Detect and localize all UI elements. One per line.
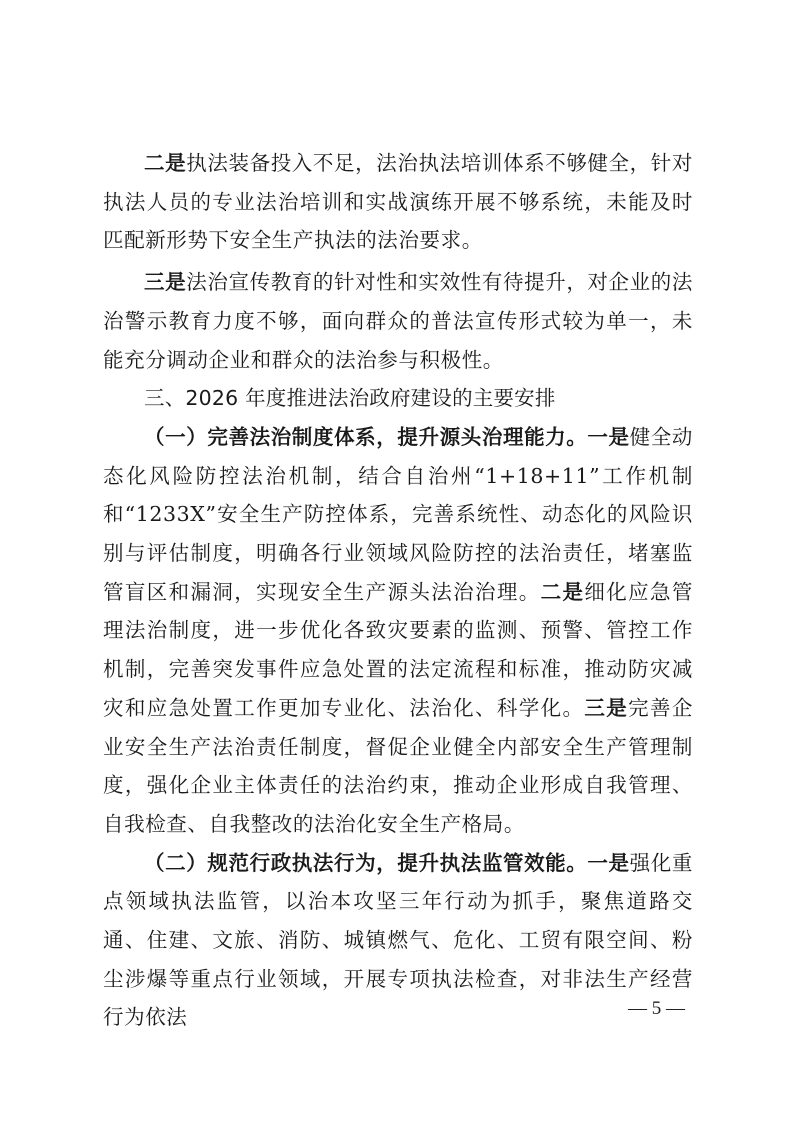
paragraph-text: 执法装备投入不足，法治执法培训体系不够健全，针对执法人员的专业法治培训和实战演练… xyxy=(103,151,693,252)
paragraph-text: 法治宣传教育的针对性和实效性有待提升，对企业的法治警示教育力度不够，面向群众的普… xyxy=(103,270,693,371)
page-number: — 5 — xyxy=(628,998,685,1020)
subsection-title: （一）完善法治制度体系，提升源头治理能力。 xyxy=(144,425,587,449)
paragraph-lead: 三是 xyxy=(144,270,186,294)
body-text: 二是执法装备投入不足，法治执法培训体系不够健全，针对执法人员的专业法治培训和实战… xyxy=(103,144,693,1037)
item-lead: 二是 xyxy=(541,580,585,604)
item-text: 健全动态化风险防控法治机制，结合自治州“1+18+11”工作机制和“1233X”… xyxy=(103,425,693,604)
subsection-2: （二）规范行政执法行为，提升执法监管效能。一是强化重点领域执法监管，以治本攻坚三… xyxy=(103,844,693,1038)
section-heading: 三、2026 年度推进法治政府建设的主要安排 xyxy=(103,379,693,418)
item-text: 强化重点领域执法监管，以治本攻坚三年行动为抓手，聚焦道路交通、住建、文旅、消防、… xyxy=(103,851,693,1030)
subsection-title: （二）规范行政执法行为，提升执法监管效能。 xyxy=(144,851,587,875)
item-lead: 三是 xyxy=(584,696,628,720)
subsection-1: （一）完善法治制度体系，提升源头治理能力。一是健全动态化风险防控法治机制，结合自… xyxy=(103,418,693,844)
item-lead: 一是 xyxy=(587,425,629,449)
item-lead: 一是 xyxy=(587,851,629,875)
document-page: 二是执法装备投入不足，法治执法培训体系不够健全，针对执法人员的专业法治培训和实战… xyxy=(0,0,793,1122)
paragraph-equipment: 二是执法装备投入不足，法治执法培训体系不够健全，针对执法人员的专业法治培训和实战… xyxy=(103,144,693,260)
paragraph-lead: 二是 xyxy=(144,151,186,175)
paragraph-publicity: 三是法治宣传教育的针对性和实效性有待提升，对企业的法治警示教育力度不够，面向群众… xyxy=(103,263,693,379)
